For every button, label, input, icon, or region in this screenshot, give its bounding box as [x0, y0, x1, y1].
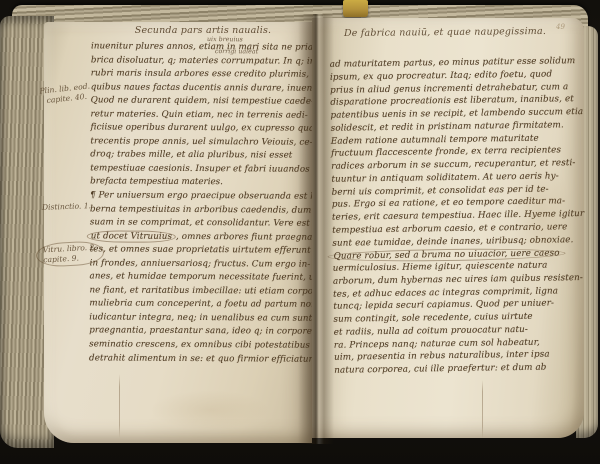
manuscript-line: seminatio crescens, ex omnibus cibi pote…	[89, 339, 303, 354]
manuscript-line: droq; trabes mille, et alia pluribus, ni…	[90, 150, 304, 165]
manuscript-line: inuenitur plures annos, etiam in mari si…	[91, 41, 305, 56]
circled-margin-note: Vitru. libro. 2. capite. 9.	[35, 240, 104, 268]
manuscript-line: tes, et omnes suae proprietatis uirtutem…	[90, 245, 304, 260]
right-page-body: ad maturitatem partus, eo minus patitur …	[330, 56, 569, 378]
right-page: De fabrica nauiū, et quae naupegissima. …	[312, 18, 584, 438]
margin-note-distinctio: Distinctio. 1.	[42, 201, 91, 213]
manuscript-line: natura corporea, cui ille praefertur: et…	[334, 362, 568, 378]
interlinear-correction: uix breuius	[207, 36, 243, 43]
manuscript-line: rubri maris insula arbores esse credito …	[91, 68, 305, 83]
manuscript-line: brefacta tempestiua materies.	[90, 177, 304, 192]
line-remainder: , omnes arbores fiunt praegnan-	[176, 232, 321, 243]
ruling-line-right	[482, 380, 483, 438]
manuscript-line: ¶ Per uniuersum ergo praecipue obseruand…	[90, 190, 304, 205]
left-page-body: uix breuius corrigi ualeat inuenitur plu…	[89, 41, 305, 367]
margin-note-line: Distinctio. 1.	[42, 201, 91, 213]
manuscript-line: ficiisue operibus durarent uulgo, ex cup…	[90, 123, 304, 138]
running-head-right: De fabrica nauiū, et quae naupegissima.	[336, 26, 554, 39]
bookmark-tab	[343, 0, 368, 17]
running-head-left: Secunda pars artis naualis.	[100, 25, 306, 36]
margin-note-line: capite. 9.	[43, 253, 97, 266]
folio-number: 49	[556, 23, 565, 31]
margin-note-vitruvius: Vitru. libro. 2. capite. 9.	[35, 240, 104, 268]
manuscript-line: praegnantia, praestantur sana, ideo q; i…	[89, 326, 303, 341]
manuscript-line: Quod ne durarent quidem, nisi tempestiue…	[91, 96, 305, 111]
manuscript-photo: Secunda pars artis naualis. uix breuius …	[0, 0, 600, 464]
interlinear-correction: corrigi ualeat	[215, 48, 258, 55]
manuscript-line: brica disoluatur, q; materies corrumpatu…	[91, 55, 305, 70]
ruling-line-left	[119, 374, 120, 438]
manuscript-line: detrahit alimentum in se: et quo firmior…	[89, 353, 303, 368]
manuscript-line: anes, et humidae temporum necessitate fu…	[90, 272, 304, 287]
manuscript-line: muliebria cum conceperint, a foetu ad pa…	[89, 299, 303, 314]
manuscript-line: berna tempestiuitas in arboribus caedend…	[90, 204, 304, 219]
